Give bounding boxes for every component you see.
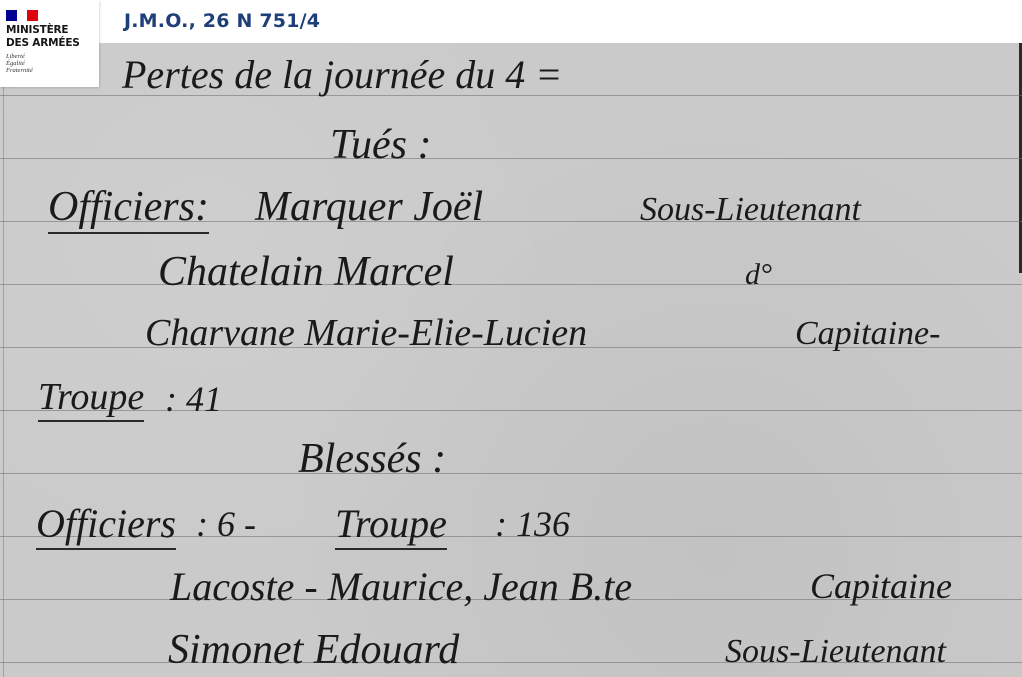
motto-liberte: Liberté [6, 53, 25, 60]
killed-officer-rank: Capitaine- [795, 315, 940, 353]
killed-officer-name: Chatelain Marcel [158, 248, 454, 296]
motto-egalite: Égalité [6, 60, 25, 67]
killed-troops-value: : 41 [165, 378, 222, 420]
document-reference-title: J.M.O., 26 N 751/4 [124, 10, 320, 32]
ruled-line [0, 284, 1022, 285]
wounded-officer-rank: Capitaine [810, 565, 952, 607]
losses-heading: Pertes de la journée du 4 = [122, 51, 562, 98]
killed-officer-rank: d° [745, 258, 772, 292]
motto-fraternite: Fraternité [6, 67, 33, 74]
header-bar: J.M.O., 26 N 751/4 [0, 0, 1022, 43]
margin-line [3, 43, 4, 677]
wounded-officer-name: Lacoste - Maurice, Jean B.te [170, 563, 632, 610]
logo-line-1: MINISTÈRE [6, 24, 68, 36]
wounded-troops-value: : 136 [495, 503, 570, 545]
ruled-line [0, 410, 1022, 411]
wounded-officers-label: Officiers [36, 501, 176, 550]
killed-officer-name: Charvane Marie-Elie-Lucien [145, 311, 587, 355]
logo-line-2: DES ARMÉES [6, 37, 80, 49]
killed-officer-rank: Sous-Lieutenant [640, 191, 861, 229]
wounded-officers-value: : 6 - [196, 503, 256, 545]
killed-officer-name: Marquer Joël [255, 183, 483, 231]
killed-officers-label: Officiers: [48, 183, 209, 234]
wounded-troops-label: Troupe [335, 501, 447, 550]
french-flag-icon [6, 10, 38, 21]
wounded-officer-name: Simonet Edouard [168, 626, 459, 674]
ruled-line [0, 158, 1022, 159]
wounded-heading: Blessés : [298, 435, 446, 483]
ministry-logo[interactable]: MINISTÈRE DES ARMÉES Liberté Égalité Fra… [0, 0, 99, 87]
wounded-officer-rank: Sous-Lieutenant [725, 633, 946, 671]
killed-heading: Tués : [330, 121, 432, 169]
scanned-document-page[interactable]: Pertes de la journée du 4 = Tués : Offic… [0, 43, 1022, 677]
killed-troops-label: Troupe [38, 375, 144, 422]
ruled-line [0, 473, 1022, 474]
